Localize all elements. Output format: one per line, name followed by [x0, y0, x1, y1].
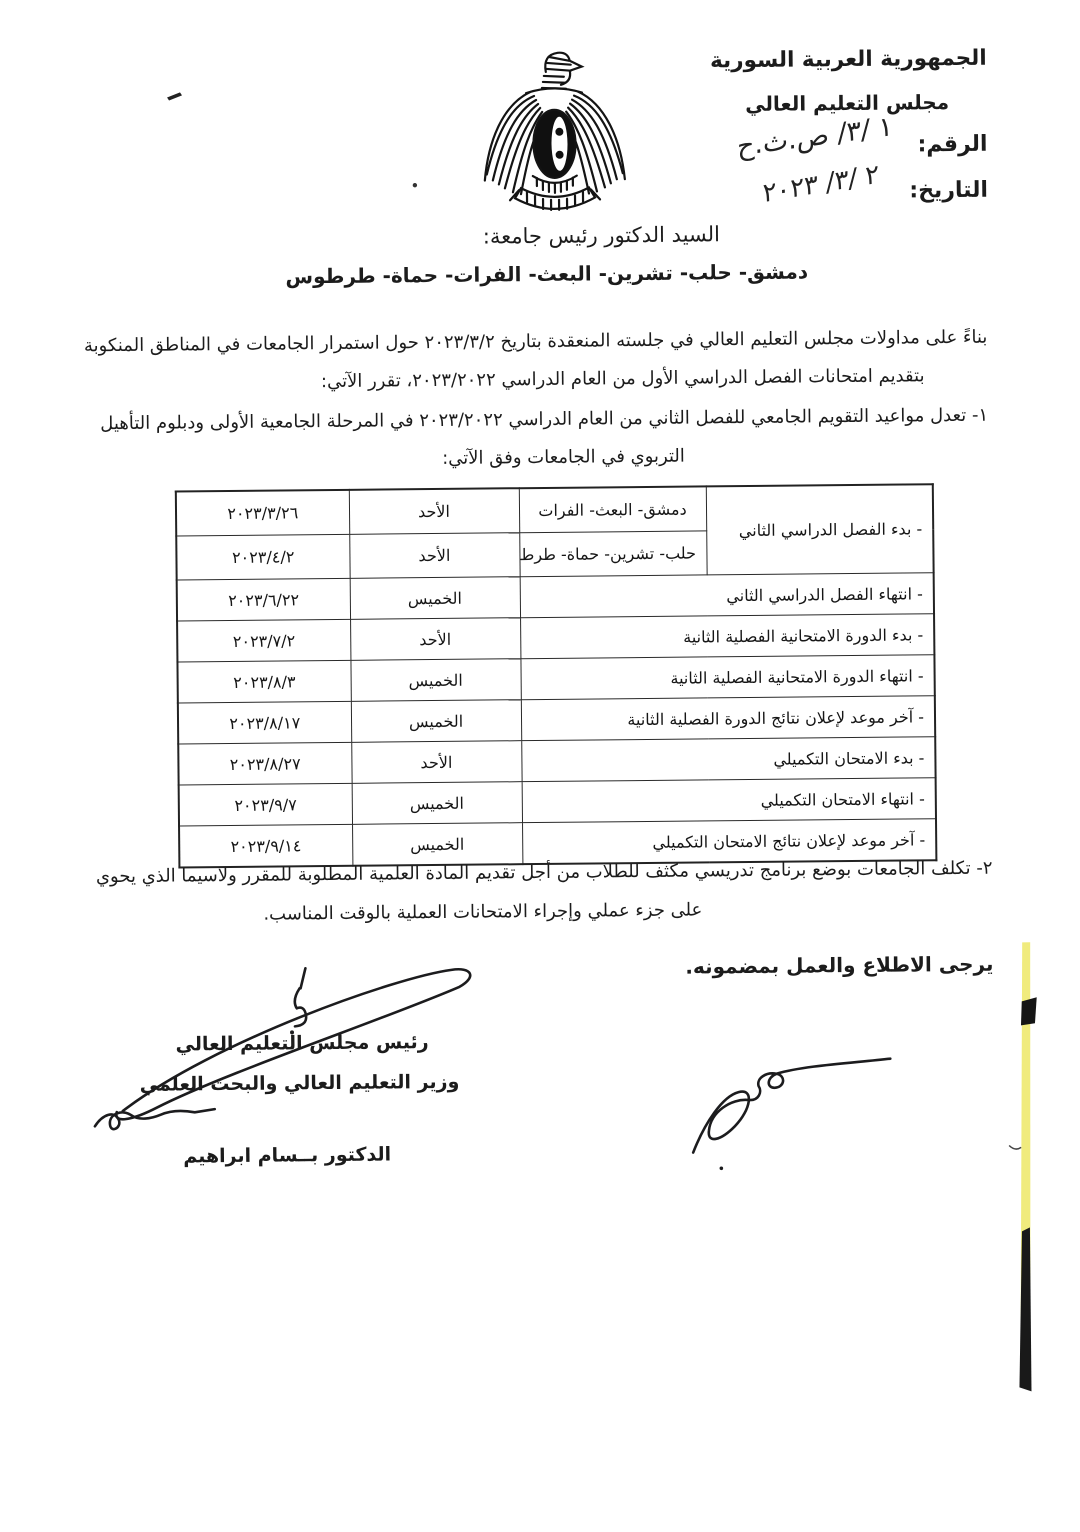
letterhead-council: مجلس التعليم العالي: [745, 90, 949, 116]
event-cell: - انتهاء الفصل الدراسي الثاني: [520, 573, 934, 618]
date-label: التاريخ:: [909, 178, 988, 204]
day-cell: الأحد: [351, 741, 521, 784]
universities-line: دمشق- حلب- تشرين- البعث- الفرات- حماة- ط…: [7, 257, 1080, 291]
day-cell: الخميس: [352, 823, 522, 866]
minister-signature: [294, 968, 306, 1026]
table-row: - انتهاء الدورة الامتحانية الفصلية الثان…: [177, 655, 934, 703]
date-cell: ٢٠٢٣/٨/٣: [177, 660, 350, 703]
letter-sheet: الجمهورية العربية السورية مجلس التعليم ا…: [0, 0, 1080, 1532]
event-cell: - بدء الفصل الدراسي الثاني: [706, 484, 934, 575]
ink-speck-3: [1009, 1145, 1021, 1149]
event-cell: - آخر موعد لإعلان نتائج الدورة الفصلية ا…: [521, 696, 935, 741]
sticky-note-mark-bottom: [1018, 1227, 1032, 1391]
date-cell: ٢٠٢٣/٤/٢: [176, 534, 349, 580]
event-cell: - آخر موعد لإعلان نتائج الامتحان التكميل…: [522, 819, 936, 864]
event-cell: - انتهاء الدورة الامتحانية الفصلية الثان…: [520, 655, 934, 700]
approval-signature: [720, 1166, 724, 1170]
day-cell: الخميس: [351, 700, 521, 743]
ink-speck-1: [167, 92, 182, 100]
item-1-line-1: ١- تعدل مواعيد التقويم الجامعي للفصل الث…: [100, 405, 988, 435]
date-cell: ٢٠٢٣/٨/١٧: [178, 701, 351, 744]
scanned-letter-page: الجمهورية العربية السورية مجلس التعليم ا…: [0, 0, 1080, 1532]
date-cell: ٢٠٢٣/٣/٢٦: [176, 490, 349, 536]
minister-signature: [95, 1109, 215, 1129]
academic-calendar-table: - بدء الفصل الدراسي الثاني دمشق- البعث- …: [175, 483, 938, 868]
date-cell: ٢٠٢٣/٦/٢٢: [177, 578, 350, 621]
table-row: - بدء الامتحان التكميلي الأحد ٢٠٢٣/٨/٢٧: [178, 737, 935, 785]
syrian-eagle-emblem: [473, 41, 637, 215]
sticky-note-strip: [1016, 942, 1034, 1387]
date-cell: ٢٠٢٣/٨/٢٧: [178, 742, 351, 785]
date-cell: ٢٠٢٣/٩/١٤: [179, 824, 352, 867]
preamble-line-2: بتقديم امتحانات الفصل الدراسي الأول من ا…: [148, 364, 1080, 394]
day-cell: الأحد: [350, 618, 520, 661]
day-cell: الخميس: [352, 782, 522, 825]
letterhead-country: الجمهورية العربية السورية: [710, 46, 987, 74]
item-1-line-2: التربوي في الجامعات وفق الآتي:: [88, 442, 1038, 472]
table-row: - بدء الفصل الدراسي الثاني دمشق- البعث- …: [176, 484, 933, 536]
universities-cell: حلب- تشرين- حماة- طرطوس: [519, 531, 706, 577]
signature-title-1: رئيس مجلس التعليم العالي: [4, 1029, 600, 1057]
signature-title-2: وزير التعليم العالي والبحث العلمي: [4, 1069, 594, 1097]
signatory-name: الدكتور بــسام ابراهيم: [5, 1142, 569, 1169]
day-cell: الأحد: [349, 533, 519, 579]
event-cell: - بدء الامتحان التكميلي: [521, 737, 935, 782]
approval-signature: [692, 1059, 891, 1153]
item-2-line-2: على جزء عملي وإجراء الامتحانات العملية ب…: [3, 897, 963, 927]
table-row: - آخر موعد لإعلان نتائج الدورة الفصلية ا…: [178, 696, 935, 744]
handwritten-ref-number: ١ /٣/ ص.ث.ح: [737, 111, 894, 163]
day-cell: الخميس: [350, 577, 520, 620]
table-row: - بدء الدورة الامتحانية الفصلية الثانية …: [177, 614, 934, 662]
closing-line: يرجى الاطلاع والعمل بمضمونه.: [685, 952, 993, 979]
ref-number-label: الرقم:: [917, 132, 987, 158]
preamble-line-1: بناءً على مداولات مجلس التعليم العالي في…: [84, 327, 988, 357]
table-row: - انتهاء الامتحان التكميلي الخميس ٢٠٢٣/٩…: [179, 778, 936, 826]
date-cell: ٢٠٢٣/٧/٢: [177, 619, 350, 662]
handwritten-date: ٢ /٣/ ٢٠٢٣: [762, 159, 879, 209]
event-cell: - بدء الدورة الامتحانية الفصلية الثانية: [520, 614, 934, 659]
universities-cell: دمشق- البعث- الفرات: [519, 486, 706, 532]
table-row: - انتهاء الفصل الدراسي الثاني الخميس ٢٠٢…: [177, 573, 934, 621]
event-cell: - انتهاء الامتحان التكميلي: [522, 778, 936, 823]
day-cell: الأحد: [349, 488, 519, 534]
sticky-note-mark-top: [1021, 997, 1037, 1025]
day-cell: الخميس: [350, 659, 520, 702]
ink-speck-2: [413, 183, 417, 187]
date-cell: ٢٠٢٣/٩/٧: [179, 783, 352, 826]
addressee-line: السيد الدكتور رئيس جامعة:: [61, 218, 1080, 252]
